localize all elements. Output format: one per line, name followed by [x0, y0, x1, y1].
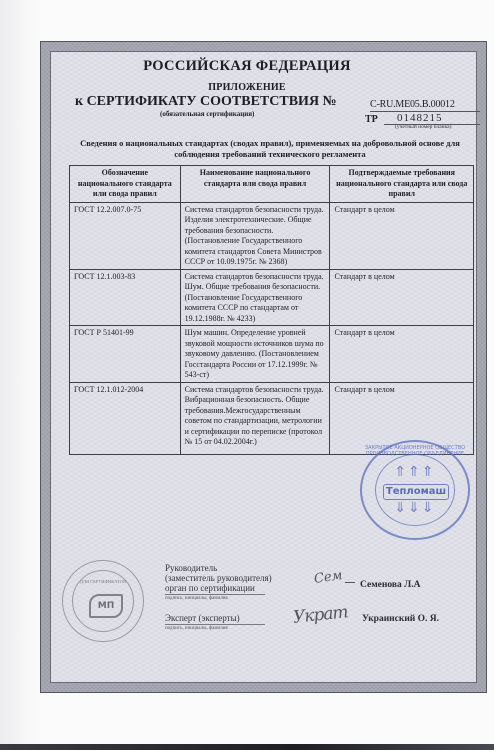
table-row: ГОСТ 12.1.003-83 Система стандартов безо… [70, 269, 474, 326]
table-row: ГОСТ 12.2.007.0-75 Система стандартов бе… [70, 202, 474, 269]
standard-code: ГОСТ Р 51401-99 [70, 326, 181, 383]
head-label-line: Руководитель [165, 563, 272, 573]
standards-table: Обозначение национального стандарта или … [69, 165, 474, 455]
standard-code: ГОСТ 12.1.012-2004 [70, 382, 181, 454]
standards-section-subtitle: Сведения о национальных стандартах (свод… [80, 138, 460, 160]
column-header-requirements: Подтверждаемые требования национального … [330, 166, 474, 203]
standard-requirements: Стандарт в целом [330, 269, 474, 326]
arrows-down-icon: ⇓⇓⇓ [362, 500, 468, 516]
company-seal-stamp: ЗАКРЫТОЕ АКЦИОНЕРНОЕ ОБЩЕСТВО ПРОИЗВОДСТ… [360, 440, 470, 540]
country-title: РОССИЙСКАЯ ФЕДЕРАЦИЯ [0, 58, 494, 75]
standard-name: Система стандартов безопасности труда. И… [180, 202, 330, 269]
scan-page-edge-shadow [0, 0, 40, 750]
certification-body-seal-stamp: ДЛЯ СЕРТИФИКАТОВ МП [62, 560, 144, 642]
standard-name: Шум машин. Определение уровней звуковой … [180, 326, 330, 383]
table-row: ГОСТ Р 51401-99 Шум машин. Определение у… [70, 326, 474, 383]
tr-label: ТР [365, 114, 378, 125]
head-signatory-name: Семенова Л.А [360, 580, 420, 590]
arrows-up-icon: ⇑⇑⇑ [362, 464, 468, 480]
standard-name: Система стандартов безопасности труда. Ш… [180, 269, 330, 326]
head-signature-caption: подпись, инициалы, фамилия [165, 594, 265, 601]
table-header-row: Обозначение национального стандарта или … [70, 166, 474, 203]
expert-name: Украинский О. Я. [362, 614, 439, 624]
annex-title: ПРИЛОЖЕНИЕ [0, 82, 494, 93]
rst-conformity-mark-icon: МП [89, 594, 123, 618]
certificate-number: C-RU.ME05.B.00012 [370, 99, 455, 110]
head-signatory-label: Руководитель (заместитель руководителя) … [165, 563, 272, 593]
standard-code: ГОСТ 12.1.003-83 [70, 269, 181, 326]
head-label-line: орган по сертификации [165, 583, 272, 593]
standard-requirements: Стандарт в целом [330, 202, 474, 269]
scan-bottom-edge [0, 744, 494, 750]
column-header-name: Наименование национального стандарта или… [180, 166, 330, 203]
signature-dash [345, 582, 355, 583]
seal-ring-text: ЗАКРЫТОЕ АКЦИОНЕРНОЕ ОБЩЕСТВО ПРОИЗВОДСТ… [362, 445, 468, 457]
seal-inner-text: ДЛЯ СЕРТИФИКАТОВ [63, 579, 143, 584]
tr-number-caption: (учетный номер бланка) [395, 124, 451, 130]
head-label-line: (заместитель руководителя) [165, 573, 272, 583]
expert-label: Эксперт (эксперты) [165, 613, 240, 623]
standard-code: ГОСТ 12.2.007.0-75 [70, 202, 181, 269]
tr-blank-number: 0148215 [397, 112, 443, 124]
standard-requirements: Стандарт в целом [330, 326, 474, 383]
column-header-code: Обозначение национального стандарта или … [70, 166, 181, 203]
certification-type: (обязательная сертификация) [160, 110, 254, 118]
company-logo: Тепломаш [383, 484, 449, 500]
standard-name: Система стандартов безопасности труда. В… [180, 382, 330, 454]
certificate-title: к СЕРТИФИКАТУ СООТВЕТСТВИЯ № [75, 94, 337, 110]
expert-signature-caption: подпись, инициалы, фамилия [165, 624, 265, 631]
